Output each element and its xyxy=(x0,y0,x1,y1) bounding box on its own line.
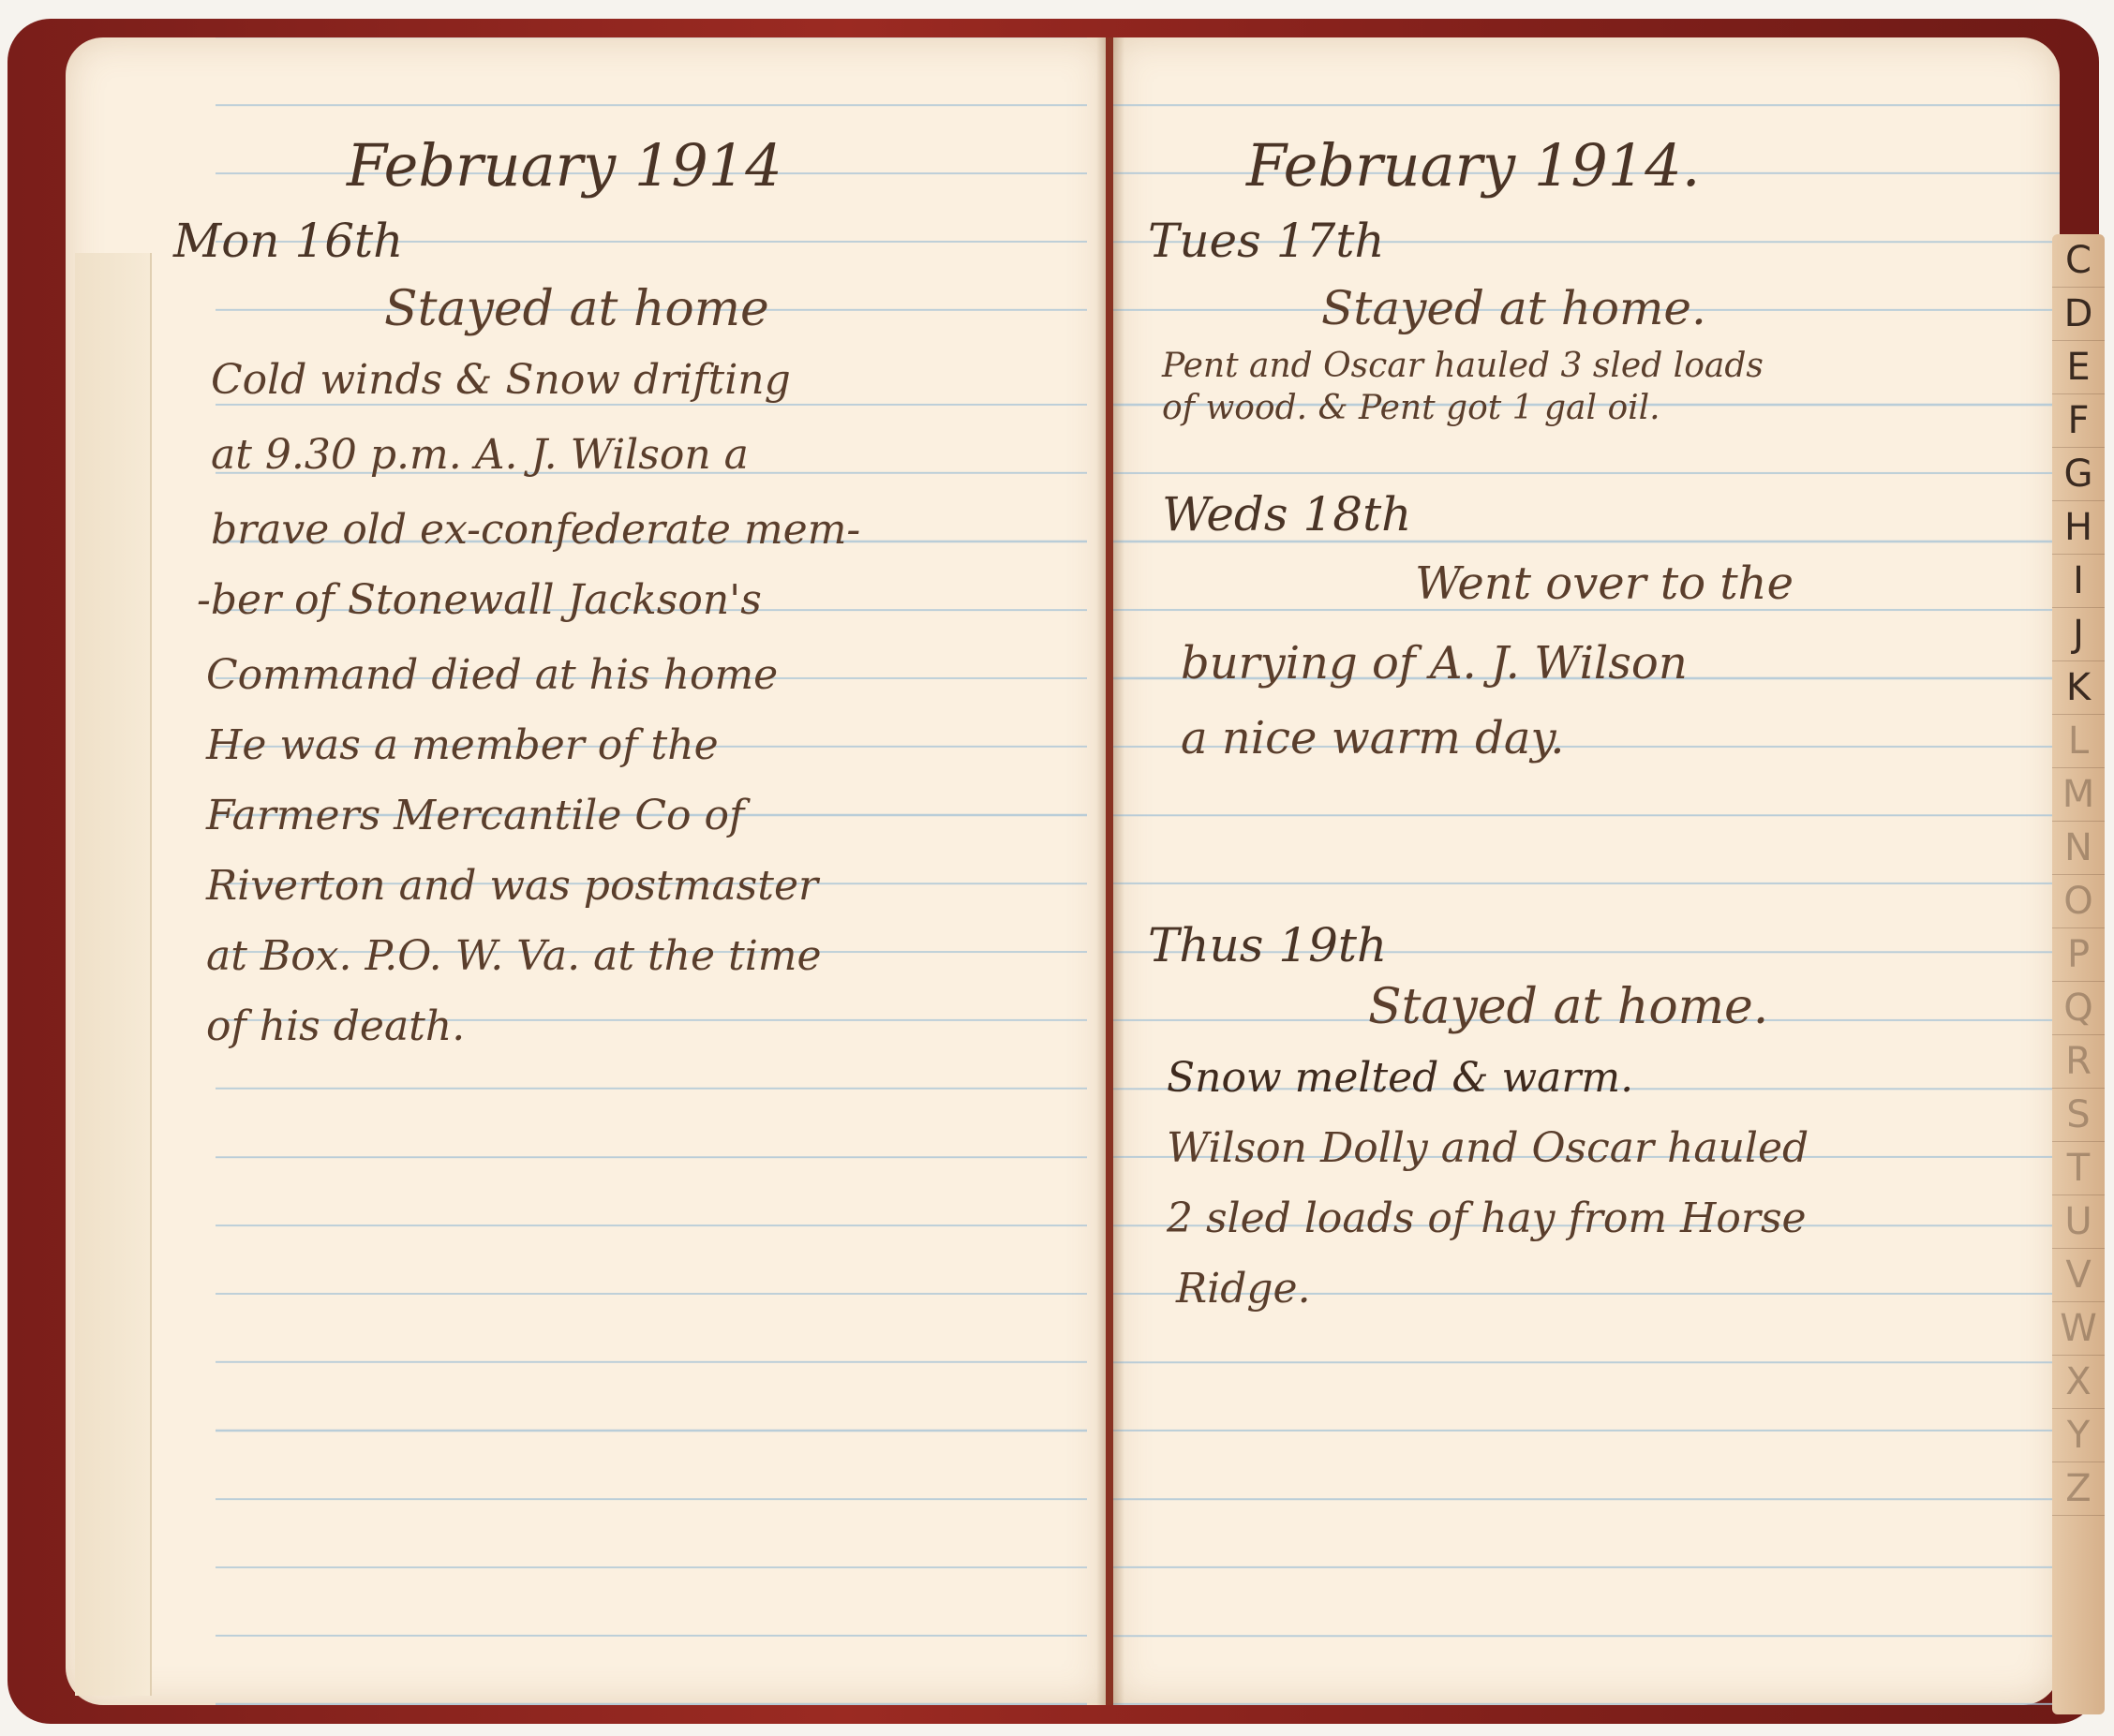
index-tab-w[interactable]: W xyxy=(2052,1302,2105,1356)
index-tab-z[interactable]: Z xyxy=(2052,1462,2105,1516)
index-tab-m[interactable]: M xyxy=(2052,768,2105,822)
alphabet-index-tabs: C D E F G H I J K L M N O P Q R S T U V … xyxy=(2052,234,2105,1714)
index-tab-o[interactable]: O xyxy=(2052,875,2105,928)
torn-page-stub xyxy=(75,253,152,1696)
entry-line: Stayed at home. xyxy=(1368,979,1768,1035)
index-tab-l[interactable]: L xyxy=(2052,715,2105,768)
entry-line: -ber of Stonewall Jackson's xyxy=(197,576,762,624)
entry-line: 2 sled loads of hay from Horse xyxy=(1167,1194,1807,1242)
index-tab-s[interactable]: S xyxy=(2052,1089,2105,1142)
index-tab-f[interactable]: F xyxy=(2052,394,2105,448)
entry-line: at Box. P.O. W. Va. at the time xyxy=(206,932,822,980)
index-tab-c[interactable]: C xyxy=(2052,234,2105,288)
index-tab-k[interactable]: K xyxy=(2052,661,2105,715)
index-tab-n[interactable]: N xyxy=(2052,822,2105,875)
entry-line: Command died at his home xyxy=(206,651,778,699)
entry-line: at 9.30 p.m. A. J. Wilson a xyxy=(211,431,749,479)
day-heading: Thus 19th xyxy=(1148,918,1387,972)
index-tab-t[interactable]: T xyxy=(2052,1142,2105,1195)
entry-line: a nice warm day. xyxy=(1181,712,1564,764)
entry-line: brave old ex-confederate mem- xyxy=(211,506,860,554)
entry-line: Ridge. xyxy=(1176,1265,1311,1313)
index-tab-g[interactable]: G xyxy=(2052,448,2105,501)
index-tab-y[interactable]: Y xyxy=(2052,1409,2105,1462)
index-tab-h[interactable]: H xyxy=(2052,501,2105,555)
entry-line: Farmers Mercantile Co of xyxy=(206,792,744,839)
index-tab-e[interactable]: E xyxy=(2052,341,2105,394)
entry-line: Went over to the xyxy=(1415,557,1794,610)
index-tab-u[interactable]: U xyxy=(2052,1195,2105,1249)
entry-line: of wood. & Pent got 1 gal oil. xyxy=(1162,389,1660,427)
entry-line: Riverton and was postmaster xyxy=(206,862,818,910)
index-tab-r[interactable]: R xyxy=(2052,1035,2105,1089)
entry-line: Cold winds & Snow drifting xyxy=(211,356,791,404)
index-tab-x[interactable]: X xyxy=(2052,1356,2105,1409)
day-heading: Mon 16th xyxy=(173,214,403,268)
entry-line: Snow melted & warm. xyxy=(1167,1054,1633,1102)
entry-line: burying of A. J. Wilson xyxy=(1181,637,1688,690)
index-tab-v[interactable]: V xyxy=(2052,1249,2105,1302)
month-heading: February 1914. xyxy=(1246,131,1700,200)
entry-line: Stayed at home xyxy=(384,281,769,337)
index-tab-d[interactable]: D xyxy=(2052,288,2105,341)
entry-line: Wilson Dolly and Oscar hauled xyxy=(1167,1124,1809,1172)
day-heading: Tues 17th xyxy=(1148,214,1385,268)
entry-line: Stayed at home. xyxy=(1321,281,1706,335)
entry-line: Pent and Oscar hauled 3 sled loads xyxy=(1162,347,1764,385)
index-tab-i[interactable]: I xyxy=(2052,555,2105,608)
index-tab-p[interactable]: P xyxy=(2052,928,2105,982)
day-heading: Weds 18th xyxy=(1162,487,1411,542)
book-gutter xyxy=(1096,37,1124,1705)
index-tab-j[interactable]: J xyxy=(2052,608,2105,661)
entry-line: of his death. xyxy=(206,1002,465,1050)
entry-line: He was a member of the xyxy=(206,721,719,769)
month-heading: February 1914 xyxy=(347,131,782,200)
index-tab-q[interactable]: Q xyxy=(2052,982,2105,1035)
